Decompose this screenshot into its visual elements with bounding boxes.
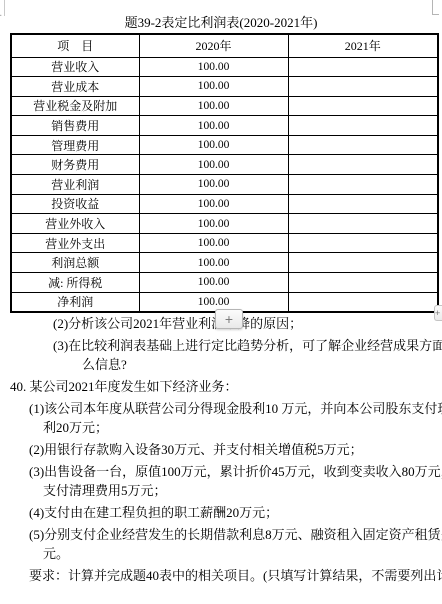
item-label-cell: 营业税金及附加 — [11, 96, 139, 116]
value-2021-cell[interactable] — [288, 116, 438, 136]
value-2021-cell[interactable] — [288, 96, 438, 116]
item-label-cell: 财务费用 — [11, 155, 139, 175]
value-2020-cell: 100.00 — [139, 194, 288, 214]
table-row: 营业成本100.00 — [11, 77, 438, 97]
insert-control-button[interactable]: + — [215, 309, 243, 329]
table-row: 利润总额100.00 — [11, 253, 438, 273]
ratio-income-statement-table: 项 目 2020年 2021年 营业收入100.00营业成本100.00营业税金… — [10, 33, 439, 313]
value-2020-cell: 100.00 — [139, 214, 288, 234]
value-2021-cell[interactable] — [288, 273, 438, 293]
paragraph: 40. 某公司2021年度发生如下经济业务： — [0, 377, 442, 396]
table-row: 管理费用100.00 — [11, 135, 438, 155]
value-2020-cell: 100.00 — [139, 253, 288, 273]
value-2020-cell: 100.00 — [139, 77, 288, 97]
table-row: 投资收益100.00 — [11, 194, 438, 214]
table-row: 销售费用100.00 — [11, 116, 438, 136]
col-header-item: 项 目 — [11, 34, 139, 57]
table-row: 营业税金及附加100.00 — [11, 96, 438, 116]
text-line: (2)分析该公司2021年营业利润下降的原因； — [53, 314, 442, 333]
text-line: (3)在比较利润表基础上进行定比趋势分析，可了解企业经营成果方面的什 — [53, 336, 442, 355]
item-label-cell: 营业利润 — [11, 175, 139, 195]
text-line: (4)支付由在建工程负担的职工薪酬20万元； — [29, 503, 442, 522]
value-2020-cell: 100.00 — [139, 175, 288, 195]
text-line: (5)分别支付企业经营发生的长期借款利息8万元、融资租入固定资产租赁费2万 — [29, 525, 442, 544]
item-label-cell: 减: 所得税 — [11, 273, 139, 293]
value-2020-cell: 100.00 — [139, 273, 288, 293]
value-2021-cell[interactable] — [288, 194, 438, 214]
paragraph: (5)分别支付企业经营发生的长期借款利息8万元、融资租入固定资产租赁费2万元。 — [0, 525, 442, 563]
value-2020-cell: 100.00 — [139, 57, 288, 77]
value-2021-cell[interactable] — [288, 214, 438, 234]
value-2020-cell: 100.00 — [139, 116, 288, 136]
table-row: 营业外支出100.00 — [11, 233, 438, 253]
col-header-2020: 2020年 — [139, 34, 288, 57]
item-label-cell: 利润总额 — [11, 253, 139, 273]
value-2020-cell: 100.00 — [139, 233, 288, 253]
text-line: 支付清理费用5万元； — [43, 481, 442, 500]
item-label-cell: 营业外收入 — [11, 214, 139, 234]
text-line: (1)该公司本年度从联营公司分得现金股利10 万元，并向本公司股东支付现金股 — [29, 399, 442, 418]
item-label-cell: 销售费用 — [11, 116, 139, 136]
body-text: (2)分析该公司2021年营业利润下降的原因；(3)在比较利润表基础上进行定比趋… — [0, 314, 442, 588]
table-row: 营业外收入100.00 — [11, 214, 438, 234]
insert-control-button-partial[interactable]: + — [434, 305, 442, 321]
value-2021-cell[interactable] — [288, 155, 438, 175]
value-2021-cell[interactable] — [288, 135, 438, 155]
value-2020-cell: 100.00 — [139, 135, 288, 155]
text-line: (3)出售设备一台，原值100万元，累计折价45万元，收到变卖收入80万元，并 — [29, 462, 442, 481]
col-header-2021: 2021年 — [288, 34, 438, 57]
text-line: 么信息? — [82, 355, 442, 374]
table-row: 财务费用100.00 — [11, 155, 438, 175]
item-label-cell: 管理费用 — [11, 135, 139, 155]
value-2021-cell[interactable] — [288, 253, 438, 273]
item-label-cell: 营业收入 — [11, 57, 139, 77]
text-line: 利20万元； — [43, 418, 442, 437]
value-2021-cell[interactable] — [288, 292, 438, 312]
table-row: 营业利润100.00 — [11, 175, 438, 195]
paragraph: (2)用银行存款购入设备30万元、并支付相关增值税5万元； — [0, 440, 442, 459]
table-title: 题39-2表定比利润表(2020-2021年) — [0, 12, 442, 31]
paragraph: 要求：计算并完成题40表中的相关项目。(只填写计算结果，不需要列出计算过程) — [0, 566, 442, 585]
value-2020-cell: 100.00 — [139, 292, 288, 312]
value-2021-cell[interactable] — [288, 233, 438, 253]
text-line: (2)用银行存款购入设备30万元、并支付相关增值税5万元； — [29, 440, 442, 459]
text-line: 40. 某公司2021年度发生如下经济业务： — [10, 377, 442, 396]
text-line: 元。 — [43, 544, 442, 563]
paragraph: (3)出售设备一台，原值100万元，累计折价45万元，收到变卖收入80万元，并支… — [0, 462, 442, 500]
item-label-cell: 净利润 — [11, 292, 139, 312]
value-2020-cell: 100.00 — [139, 96, 288, 116]
value-2021-cell[interactable] — [288, 57, 438, 77]
income-table-body: 营业收入100.00营业成本100.00营业税金及附加100.00销售费用100… — [11, 57, 438, 312]
table-header-row: 项 目 2020年 2021年 — [11, 34, 438, 57]
document-page: { "page": { "title_label": "题39-2表定比利润表(… — [0, 0, 442, 604]
paragraph: (4)支付由在建工程负担的职工薪酬20万元； — [0, 503, 442, 522]
value-2021-cell[interactable] — [288, 77, 438, 97]
item-label-cell: 营业外支出 — [11, 233, 139, 253]
table-row: 营业收入100.00 — [11, 57, 438, 77]
value-2020-cell: 100.00 — [139, 155, 288, 175]
text-line: 要求：计算并完成题40表中的相关项目。(只填写计算结果，不需要列出计算过程) — [29, 566, 442, 585]
item-label-cell: 营业成本 — [11, 77, 139, 97]
paragraph: (3)在比较利润表基础上进行定比趋势分析，可了解企业经营成果方面的什么信息? — [0, 336, 442, 374]
value-2021-cell[interactable] — [288, 175, 438, 195]
paragraph: (1)该公司本年度从联营公司分得现金股利10 万元，并向本公司股东支付现金股利2… — [0, 399, 442, 437]
item-label-cell: 投资收益 — [11, 194, 139, 214]
table-row: 减: 所得税100.00 — [11, 273, 438, 293]
